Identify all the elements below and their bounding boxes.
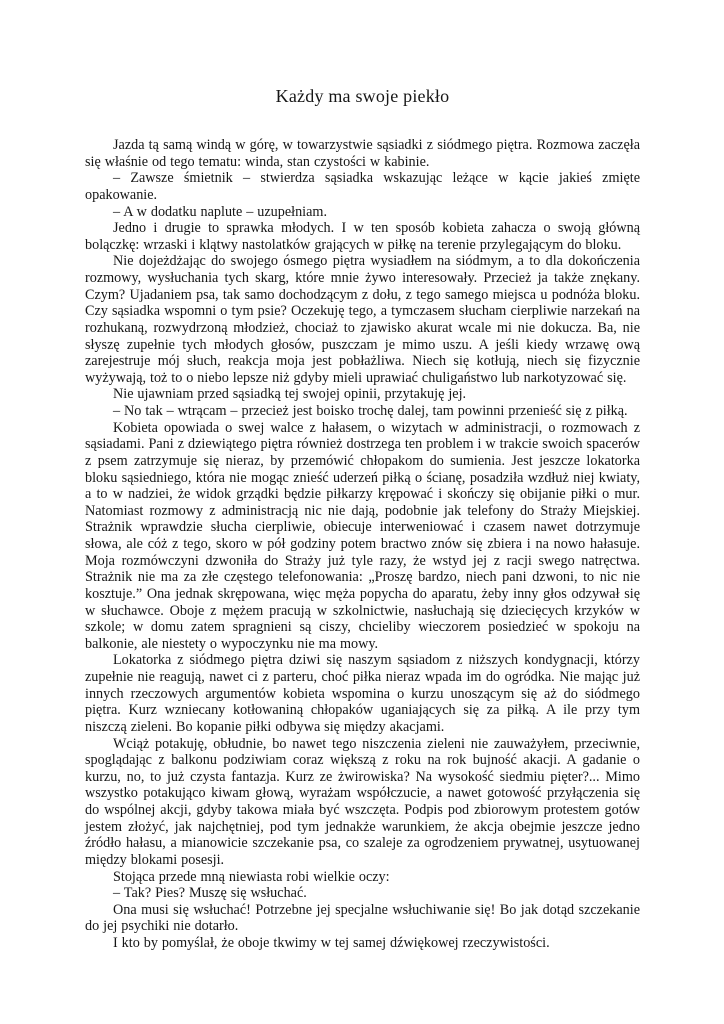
document-body: Jazda tą samą windą w górę, w towarzystw…	[85, 137, 640, 952]
paragraph: – A w dodatku naplute – uzupełniam.	[85, 204, 640, 221]
paragraph: Kobieta opowiada o swej walce z hałasem,…	[85, 420, 640, 653]
paragraph: – No tak – wtrącam – przecież jest boisk…	[85, 403, 640, 420]
paragraph: – Tak? Pies? Muszę się wsłuchać.	[85, 885, 640, 902]
paragraph: Jazda tą samą windą w górę, w towarzystw…	[85, 137, 640, 170]
paragraph: Stojąca przede mną niewiasta robi wielki…	[85, 869, 640, 886]
paragraph: Nie ujawniam przed sąsiadką tej swojej o…	[85, 386, 640, 403]
paragraph: Wciąż potakuję, obłudnie, bo nawet tego …	[85, 736, 640, 869]
paragraph: Ona musi się wsłuchać! Potrzebne jej spe…	[85, 902, 640, 935]
document-title: Każdy ma swoje piekło	[85, 86, 640, 107]
paragraph: Jedno i drugie to sprawka młodych. I w t…	[85, 220, 640, 253]
paragraph: Nie dojeżdżając do swojego ósmego piętra…	[85, 253, 640, 386]
document-page: Każdy ma swoje piekło Jazda tą samą wind…	[0, 0, 724, 1024]
paragraph: I kto by pomyślał, że oboje tkwimy w tej…	[85, 935, 640, 952]
paragraph: Lokatorka z siódmego piętra dziwi się na…	[85, 652, 640, 735]
paragraph: – Zawsze śmietnik – stwierdza sąsiadka w…	[85, 170, 640, 203]
